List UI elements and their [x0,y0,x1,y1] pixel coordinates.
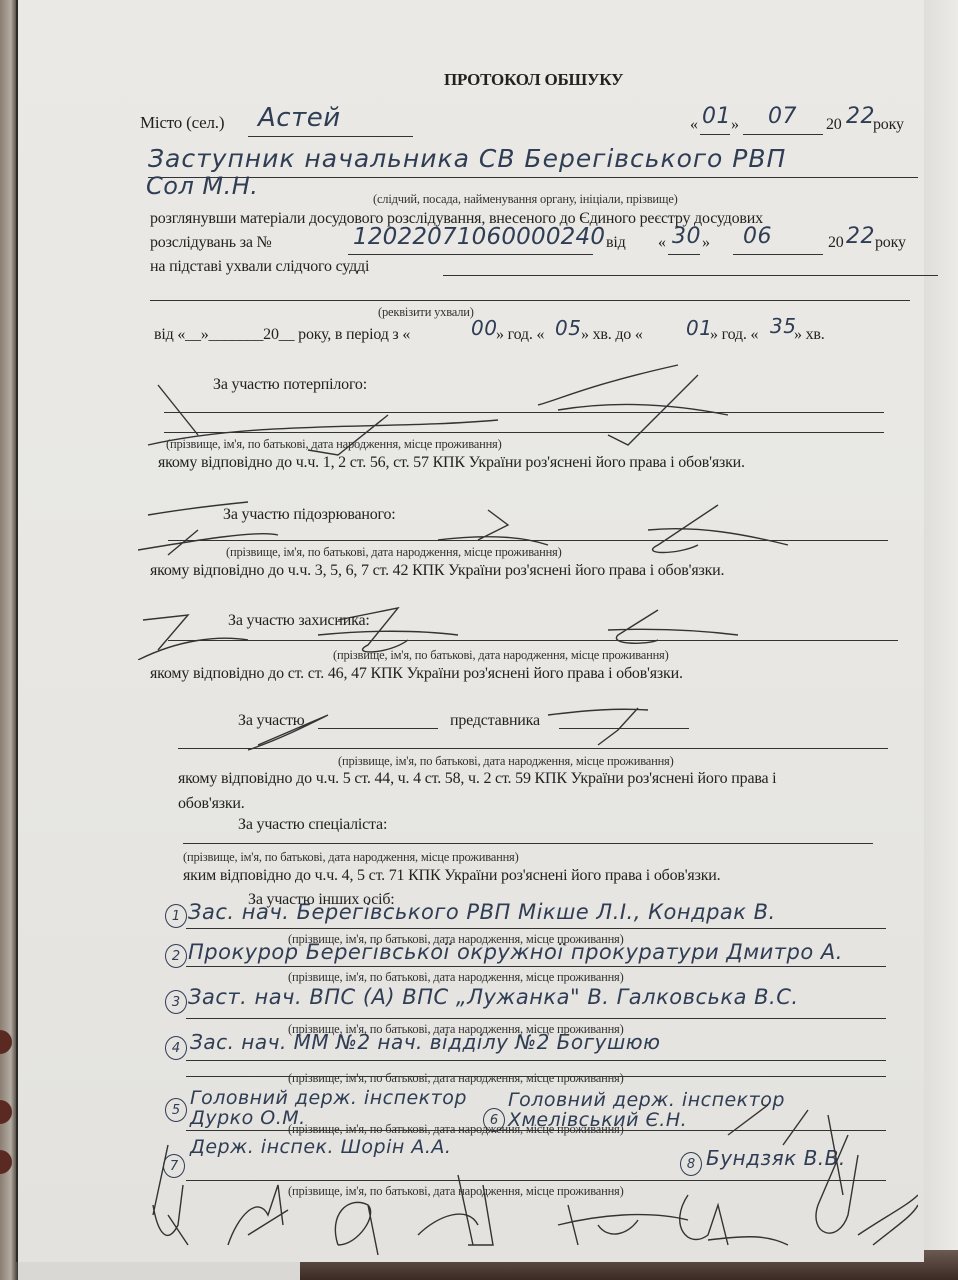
ruling-underline [150,300,910,301]
person-number: 1 [165,904,187,928]
strikeout-signature [138,600,758,660]
document-title: ПРОТОКОЛ ОБШУКУ [444,70,623,90]
person-number: 3 [165,990,187,1014]
strikeout-signature [138,500,818,560]
period-prefix: від «__»_______20__ року, в період з « [154,326,410,344]
date-year-label: року [873,116,904,134]
city-label: Місто (сел.) [140,113,224,133]
register-from-label: від [606,234,626,252]
reg-date-quote-close: » [702,234,710,252]
register-date-year-label: року [875,234,906,252]
investigator-underline [148,177,918,178]
other-caption-2: (прізвище, ім'я, по батькові, дата народ… [288,970,624,985]
date-quote-open: « [690,116,698,134]
binder-ring [0,1030,12,1054]
date-year-prefix: 20 [826,116,842,134]
ruling-caption: (реквізити ухвали) [378,305,474,320]
period-hour-label-2: » год. « [710,326,758,344]
other-person-1: Зас. нач. Берегівського РВП Мікше Л.І., … [188,900,776,924]
date-day: 01 [702,104,731,129]
person-number: 4 [165,1036,187,1060]
representative-rights-2: обов'язки. [178,795,245,813]
person-number: 2 [165,944,187,968]
investigator-value-line2: Сол М.Н. [146,172,258,200]
strikeout-signature [138,360,778,460]
date-month: 07 [768,104,797,129]
representative-rights-1: якому відповідно до ч.ч. 5 ст. 44, ч. 4 … [178,770,776,788]
other-person-4: Зас. нач. ММ №2 нач. відділу №2 Богушюю [190,1030,660,1054]
other-line-4 [186,1060,886,1061]
reg-date-quote-open: « [658,234,666,252]
register-date-month-underline [733,254,823,255]
city-value: Астей [258,103,341,133]
specialist-rights: яким відповідно до ч.ч. 4, 5 ст. 71 КПК … [183,867,720,885]
date-quote-close: » [731,116,739,134]
binder-ring [0,1100,12,1124]
register-number-underline [348,254,593,255]
register-label: розслідувань за № [150,234,272,252]
date-day-underline [700,134,730,135]
participant-signatures [128,1095,918,1260]
period-from-hour: 00 [471,316,497,340]
period-from-min: 05 [555,316,581,340]
specialist-label: За участю спеціаліста: [238,816,387,834]
basis-underline [443,275,938,276]
date-month-underline [743,134,823,135]
register-date-day-underline [668,254,700,255]
representative-caption: (прізвище, ім'я, по батькові, дата народ… [338,754,674,769]
period-hour-label: » год. « [496,326,544,344]
binder-ring [0,1150,12,1174]
specialist-line [183,843,873,844]
register-date-month: 06 [743,224,772,249]
strikeout-signature [218,700,738,755]
period-to-label: » хв. до « [581,326,643,344]
investigator-value-line1: Заступник начальника СВ Берегівського РВ… [148,144,786,173]
period-to-hour: 01 [686,316,712,340]
period-to-min: 35 [770,314,796,338]
register-date-year-suffix: 22 [846,224,875,249]
period-min-label: » хв. [794,326,825,344]
basis-text: на підставі ухвали слідчого судді [150,258,369,276]
other-person-2: Прокурор Берегівської окружної прокурату… [188,940,843,964]
register-date-year-prefix: 20 [828,234,844,252]
document-page: ПРОТОКОЛ ОБШУКУ Місто (сел.) Астей « 01 … [16,0,924,1262]
other-line-1 [186,928,886,929]
specialist-caption: (прізвище, ім'я, по батькові, дата народ… [183,850,519,865]
suspect-rights: якому відповідно до ч.ч. 3, 5, 6, 7 ст. … [150,562,724,580]
investigator-caption: (слідчий, посада, найменування органу, і… [373,192,678,207]
register-date-day: 30 [672,224,701,249]
city-underline [248,136,413,137]
defender-rights: якому відповідно до ст. ст. 46, 47 КПК У… [150,665,683,683]
other-person-3: Заст. нач. ВПС (А) ВПС „Лужанка" В. Галк… [188,985,799,1009]
other-line-2 [186,966,886,967]
register-number: 12022071060000240 [353,224,605,250]
other-line-3 [186,1018,886,1019]
other-caption-4: (прізвище, ім'я, по батькові, дата народ… [288,1071,624,1086]
date-year-suffix: 22 [846,104,875,129]
